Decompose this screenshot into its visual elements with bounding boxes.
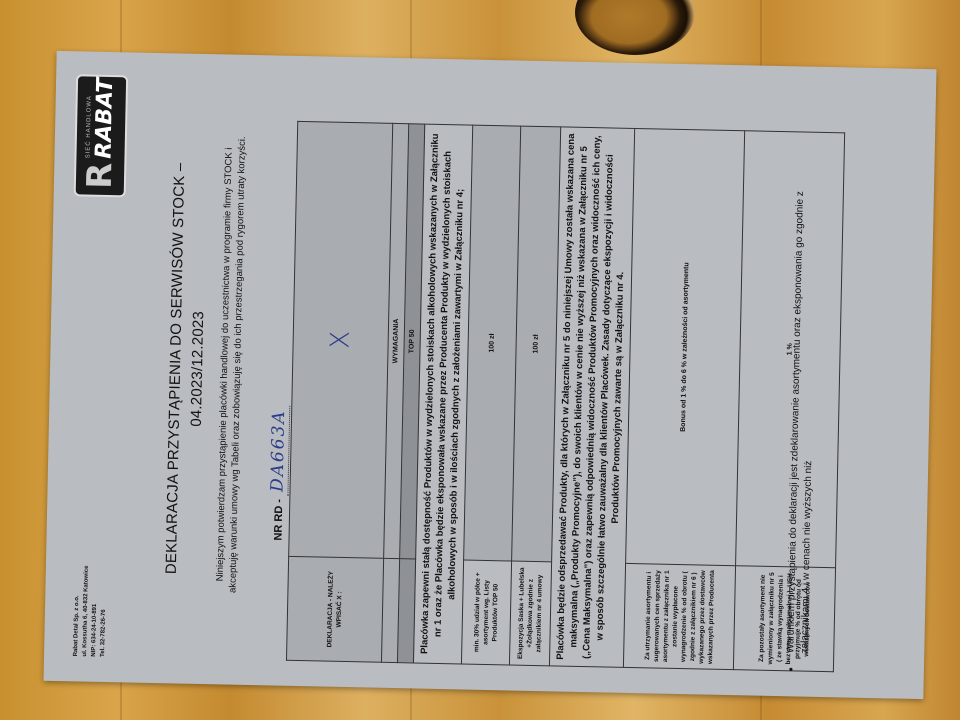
rabat-logo: R SIEĆ HANDLOWA RABAT (74, 74, 129, 197)
declaration-page: R SIEĆ HANDLOWA RABAT Rabat Detal Sp. z … (54, 56, 927, 694)
paper-sheet: R SIEĆ HANDLOWA RABAT Rabat Detal Sp. z … (43, 51, 936, 699)
declaration-label-cell: DEKLARACJA - NALEŻY WPISAĆ X : (286, 556, 383, 662)
nr-rd-label: NR RD - (272, 499, 285, 541)
company-phone: Tel. 32-782-26-76 (99, 566, 110, 657)
declaration-mark-cell[interactable]: X (289, 121, 393, 558)
handwritten-x-mark: X (326, 331, 356, 349)
requirement-cell: Ekspozycja Saska + Lubelska +Żołądkowa z… (509, 561, 551, 666)
bonus-reward-cell: Bonus od 1 % do 6 % w zależności od asor… (626, 128, 745, 565)
wood-knot (575, 0, 695, 55)
nr-rd-field: NR RD - DA663A (266, 405, 289, 541)
logo-brand: RABAT (91, 78, 118, 159)
company-address: Rabat Detal Sp. z o.o. ul. Kossutha 6, 4… (72, 565, 110, 657)
nr-rd-value[interactable]: DA663A (267, 405, 290, 496)
requirement-cell: min. 30% udział w półce + asortyment wg.… (461, 560, 511, 665)
document-title: DEKLARACJA PRZYSTĄPIENIA DO SERWISÓW STO… (159, 58, 216, 679)
logo-letter: R (80, 162, 121, 189)
promo-description: Placówka będzie odsprzedawać Produkty, d… (549, 127, 634, 667)
bonus-requirement-cell: Za utrzymanie asortymentu i sugerowanych… (623, 563, 735, 669)
bullet-icon: • (784, 667, 812, 672)
intro-paragraph: Niniejszym potwierdzam przystąpienie pla… (213, 129, 249, 599)
requirements-table: DEKLARACJA - NALEŻY WPISAĆ X : X WYMAGAN… (286, 121, 845, 672)
